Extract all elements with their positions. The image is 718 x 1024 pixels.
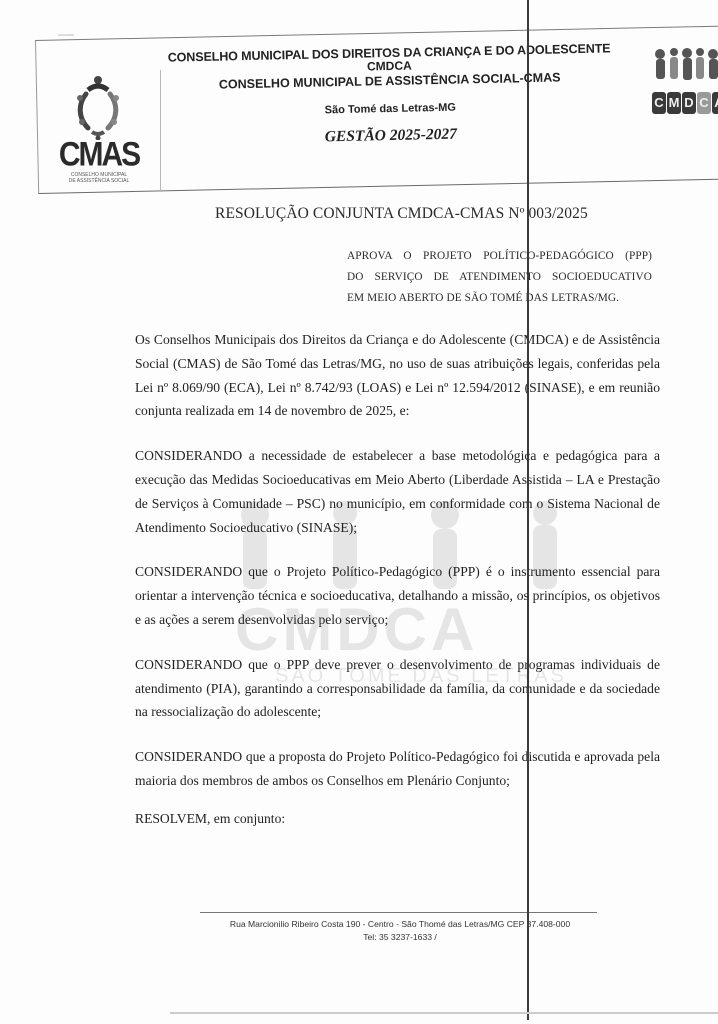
scan-artifact-line <box>527 0 529 1020</box>
resolution-body: Os Conselhos Municipais dos Direitos da … <box>135 328 660 852</box>
considerando-paragraph: CONSIDERANDO que o Projeto Político-Peda… <box>135 560 660 631</box>
cmdca-letter: C <box>652 92 666 114</box>
cmas-subtitle-line2: DE ASSISTÊNCIA SOCIAL <box>38 178 160 184</box>
cmdca-logo: C M D C A <box>652 46 718 126</box>
summary-line: APROVA O PROJETO POLÍTICO-PEDAGÓGICO (PP… <box>347 246 652 267</box>
cmas-wordmark: CMAS <box>38 135 160 174</box>
scan-speck <box>58 34 74 36</box>
cmas-subtitle: CONSELHO MUNICIPAL DE ASSISTÊNCIA SOCIAL <box>38 172 160 184</box>
cmdca-letter: M <box>667 92 681 114</box>
considerando-paragraph: CONSIDERANDO a necessidade de estabelece… <box>135 444 660 539</box>
cmdca-letter: D <box>682 92 696 114</box>
resolvem-paragraph: RESOLVEM, em conjunto: <box>135 807 660 831</box>
city-name: São Tomé das Letras-MG <box>160 98 620 120</box>
scanned-document-page: CMAS CONSELHO MUNICIPAL DE ASSISTÊNCIA S… <box>0 0 718 1024</box>
preamble-paragraph: Os Conselhos Municipais dos Direitos da … <box>135 328 660 423</box>
footer: Rua Marcionilio Ribeiro Costa 190 - Cent… <box>180 918 620 944</box>
resolution-summary: APROVA O PROJETO POLÍTICO-PEDAGÓGICO (PP… <box>347 246 652 309</box>
footer-phone: Tel: 35 3237-1633 / <box>180 931 620 944</box>
summary-line: DO SERVIÇO DE ATENDIMENTO SOCIOEDUCATIVO <box>347 267 652 288</box>
cmdca-letter: C <box>697 92 711 114</box>
cmdca-letter: A <box>712 92 718 114</box>
footer-address: Rua Marcionilio Ribeiro Costa 190 - Cent… <box>180 918 620 931</box>
people-circle-icon <box>70 74 126 140</box>
considerando-paragraph: CONSIDERANDO que o PPP deve prever o des… <box>135 653 660 724</box>
footer-divider <box>200 912 597 913</box>
cmdca-letter-blocks: C M D C A <box>652 92 718 114</box>
considerando-paragraph: CONSIDERANDO que a proposta do Projeto P… <box>135 745 660 793</box>
summary-line: EM MEIO ABERTO DE SÃO TOMÉ DAS LETRAS/MG… <box>347 288 652 309</box>
children-figures-icon <box>652 46 718 90</box>
resolution-title: RESOLUÇÃO CONJUNTA CMDCA-CMAS Nº 003/202… <box>215 205 588 223</box>
letterhead-text: CONSELHO MUNICIPAL DOS DIREITOS DA CRIAN… <box>159 41 621 150</box>
page-bottom-edge <box>170 1012 718 1014</box>
cmas-logo: CMAS CONSELHO MUNICIPAL DE ASSISTÊNCIA S… <box>38 70 161 192</box>
